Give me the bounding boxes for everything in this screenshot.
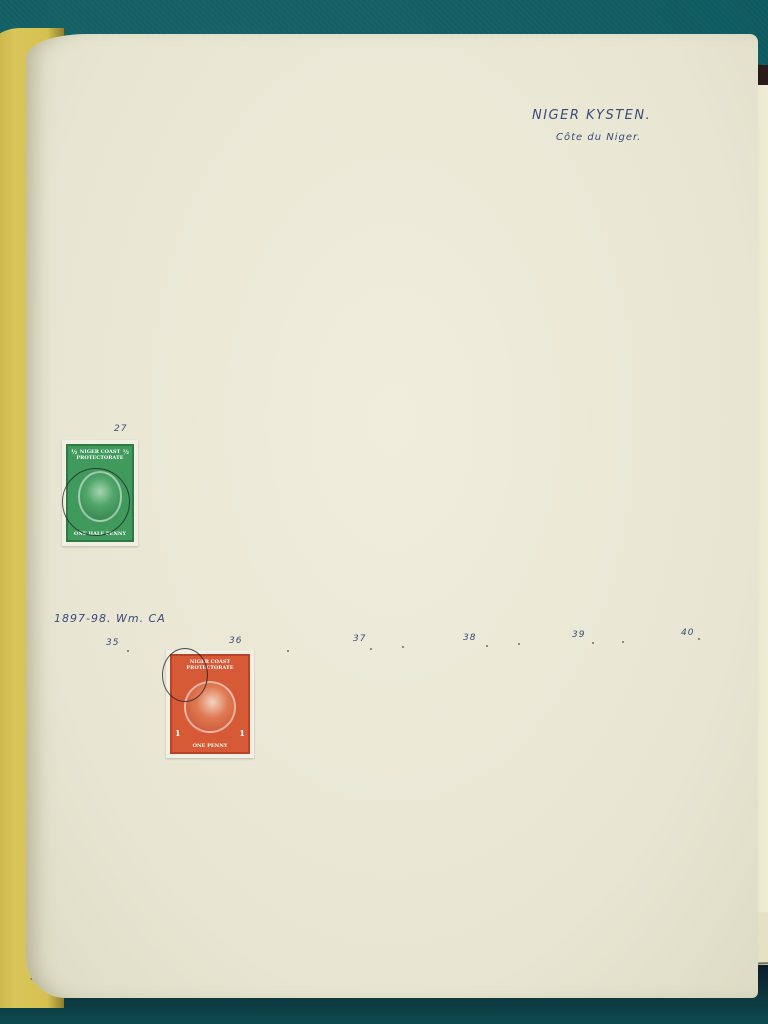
slot-marker (622, 641, 624, 643)
stamp-denomination: ½ (123, 449, 129, 456)
stamp-one-penny: NIGER COAST PROTECTORATE 1 1 ONE PENNY (166, 650, 254, 758)
slot-number: 37 (353, 634, 366, 644)
stamp-denomination: 1 (175, 728, 181, 738)
slot-marker (698, 638, 700, 640)
postmark-icon (162, 648, 208, 702)
stamp-half-penny: ½ ½ NIGER COAST PROTECTORATE ONE HALF PE… (62, 440, 138, 546)
slot-marker (127, 650, 129, 652)
slot-marker (486, 645, 488, 647)
slot-marker (402, 646, 404, 648)
slot-number: 27 (114, 424, 127, 434)
stamp-footer: ONE PENNY (193, 743, 228, 749)
slot-number: 39 (572, 630, 585, 640)
page-title: NIGER KYSTEN. (532, 108, 651, 123)
slot-number: 36 (229, 636, 242, 646)
issue-note: 1897-98. Wm. CA (54, 612, 166, 625)
slot-marker (592, 642, 594, 644)
stamp-denomination: 1 (239, 728, 245, 738)
slot-marker (370, 648, 372, 650)
stamp-denomination: ½ (71, 449, 77, 456)
slot-number: 40 (681, 628, 694, 638)
slot-number: 38 (463, 633, 476, 643)
slot-marker (287, 650, 289, 652)
postmark-icon (62, 468, 130, 536)
slot-number: 35 (106, 638, 119, 648)
slot-marker (518, 643, 520, 645)
page-subtitle: Côte du Niger. (556, 132, 641, 143)
